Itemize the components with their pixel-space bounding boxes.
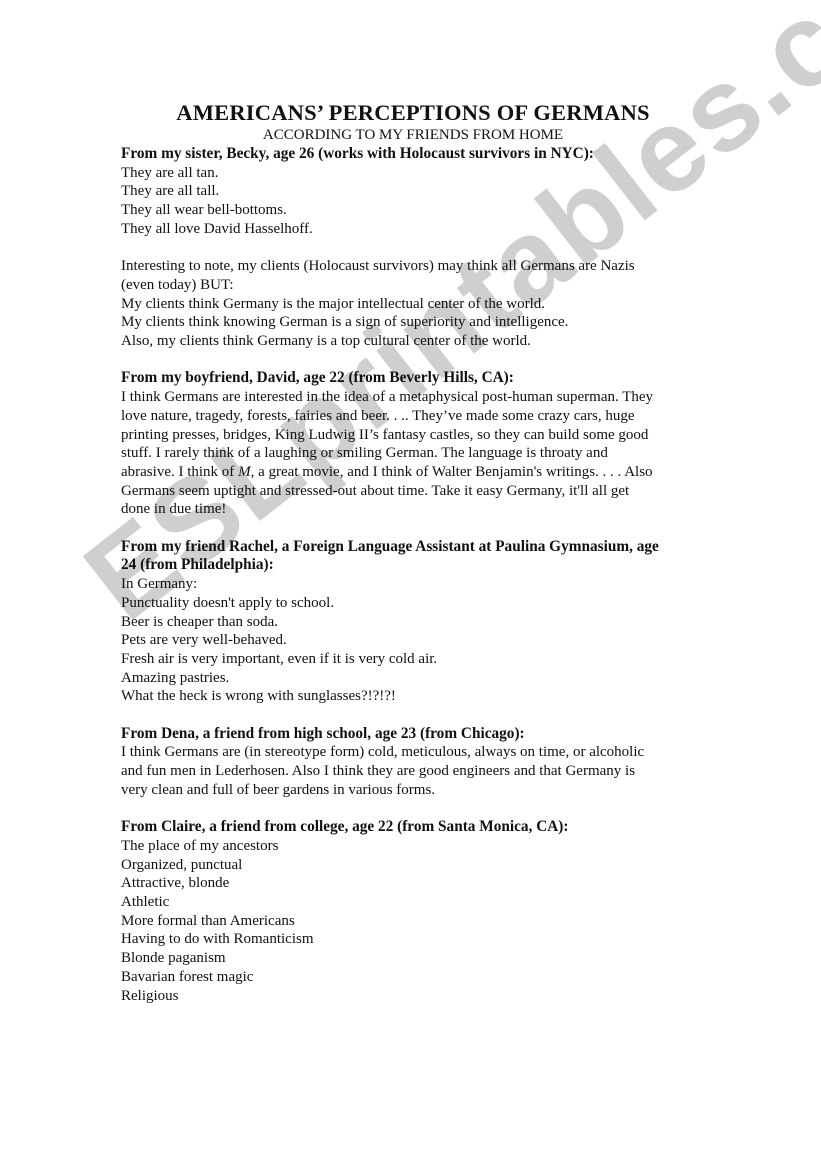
section-david: From my boyfriend, David, age 22 (from B… xyxy=(121,369,711,519)
list-item: Punctuality doesn't apply to school. xyxy=(121,594,711,613)
text-run: , a great movie, and I think of Walter B… xyxy=(251,464,653,480)
list-item: They are all tall. xyxy=(121,182,711,201)
note-line: Interesting to note, my clients (Holocau… xyxy=(121,257,711,276)
section-heading: From my boyfriend, David, age 22 (from B… xyxy=(121,369,711,388)
list-item: Fresh air is very important, even if it … xyxy=(121,650,711,669)
paragraph-line: love nature, tragedy, forests, fairies a… xyxy=(121,407,711,426)
list-item: Religious xyxy=(121,987,711,1006)
paragraph-line: I think Germans are interested in the id… xyxy=(121,388,711,407)
note-line: Also, my clients think Germany is a top … xyxy=(121,332,711,351)
paragraph: I think Germans are (in stereotype form)… xyxy=(121,743,711,799)
list-item: Pets are very well-behaved. xyxy=(121,631,711,650)
note-line: My clients think Germany is the major in… xyxy=(121,295,711,314)
paragraph-line: I think Germans are (in stereotype form)… xyxy=(121,743,711,762)
section-heading: From my sister, Becky, age 26 (works wit… xyxy=(121,145,711,164)
paragraph-line: and fun men in Lederhosen. Also I think … xyxy=(121,762,711,781)
list-item: Amazing pastries. xyxy=(121,669,711,688)
paragraph-line: printing presses, bridges, King Ludwig I… xyxy=(121,426,711,445)
list-item: More formal than Americans xyxy=(121,912,711,931)
list-item: Blonde paganism xyxy=(121,949,711,968)
paragraph-line: stuff. I rarely think of a laughing or s… xyxy=(121,444,711,463)
paragraph-line: Germans seem uptight and stressed-out ab… xyxy=(121,482,711,501)
section-rachel: From my friend Rachel, a Foreign Languag… xyxy=(121,538,711,706)
paragraph-line: very clean and full of beer gardens in v… xyxy=(121,781,711,800)
paragraph: I think Germans are interested in the id… xyxy=(121,388,711,519)
section-heading: 24 (from Philadelphia): xyxy=(121,556,711,575)
note-line: My clients think knowing German is a sig… xyxy=(121,313,711,332)
list-item: What the heck is wrong with sunglasses?!… xyxy=(121,687,711,706)
list-item: Attractive, blonde xyxy=(121,874,711,893)
list-item: They all wear bell-bottoms. xyxy=(121,201,711,220)
worksheet-page: ESLprintables.com AMERICANS’ PERCEPTIONS… xyxy=(0,0,821,1169)
list-item: The place of my ancestors xyxy=(121,837,711,856)
list-item: Athletic xyxy=(121,893,711,912)
section-becky: From my sister, Becky, age 26 (works wit… xyxy=(121,145,711,351)
section-heading: From Claire, a friend from college, age … xyxy=(121,818,711,837)
section-heading: From Dena, a friend from high school, ag… xyxy=(121,725,711,744)
spacer xyxy=(121,239,711,258)
list-item: In Germany: xyxy=(121,575,711,594)
list-item: Having to do with Romanticism xyxy=(121,930,711,949)
page-title: AMERICANS’ PERCEPTIONS OF GERMANS xyxy=(115,100,711,126)
page-subtitle: ACCORDING TO MY FRIENDS FROM HOME xyxy=(115,126,711,144)
list-item: They all love David Hasselhoff. xyxy=(121,220,711,239)
section-heading: From my friend Rachel, a Foreign Languag… xyxy=(121,538,711,557)
paragraph-line: done in due time! xyxy=(121,500,711,519)
document-body: AMERICANS’ PERCEPTIONS OF GERMANS ACCORD… xyxy=(121,100,711,1024)
paragraph-line: abrasive. I think of M, a great movie, a… xyxy=(121,463,711,482)
section-claire: From Claire, a friend from college, age … xyxy=(121,818,711,1005)
list-item: Bavarian forest magic xyxy=(121,968,711,987)
section-dena: From Dena, a friend from high school, ag… xyxy=(121,725,711,800)
list-item: They are all tan. xyxy=(121,164,711,183)
text-run: abrasive. I think of xyxy=(121,464,238,480)
note-line: (even today) BUT: xyxy=(121,276,711,295)
list-item: Beer is cheaper than soda. xyxy=(121,613,711,632)
movie-title: M xyxy=(238,464,251,480)
list-item: Organized, punctual xyxy=(121,856,711,875)
